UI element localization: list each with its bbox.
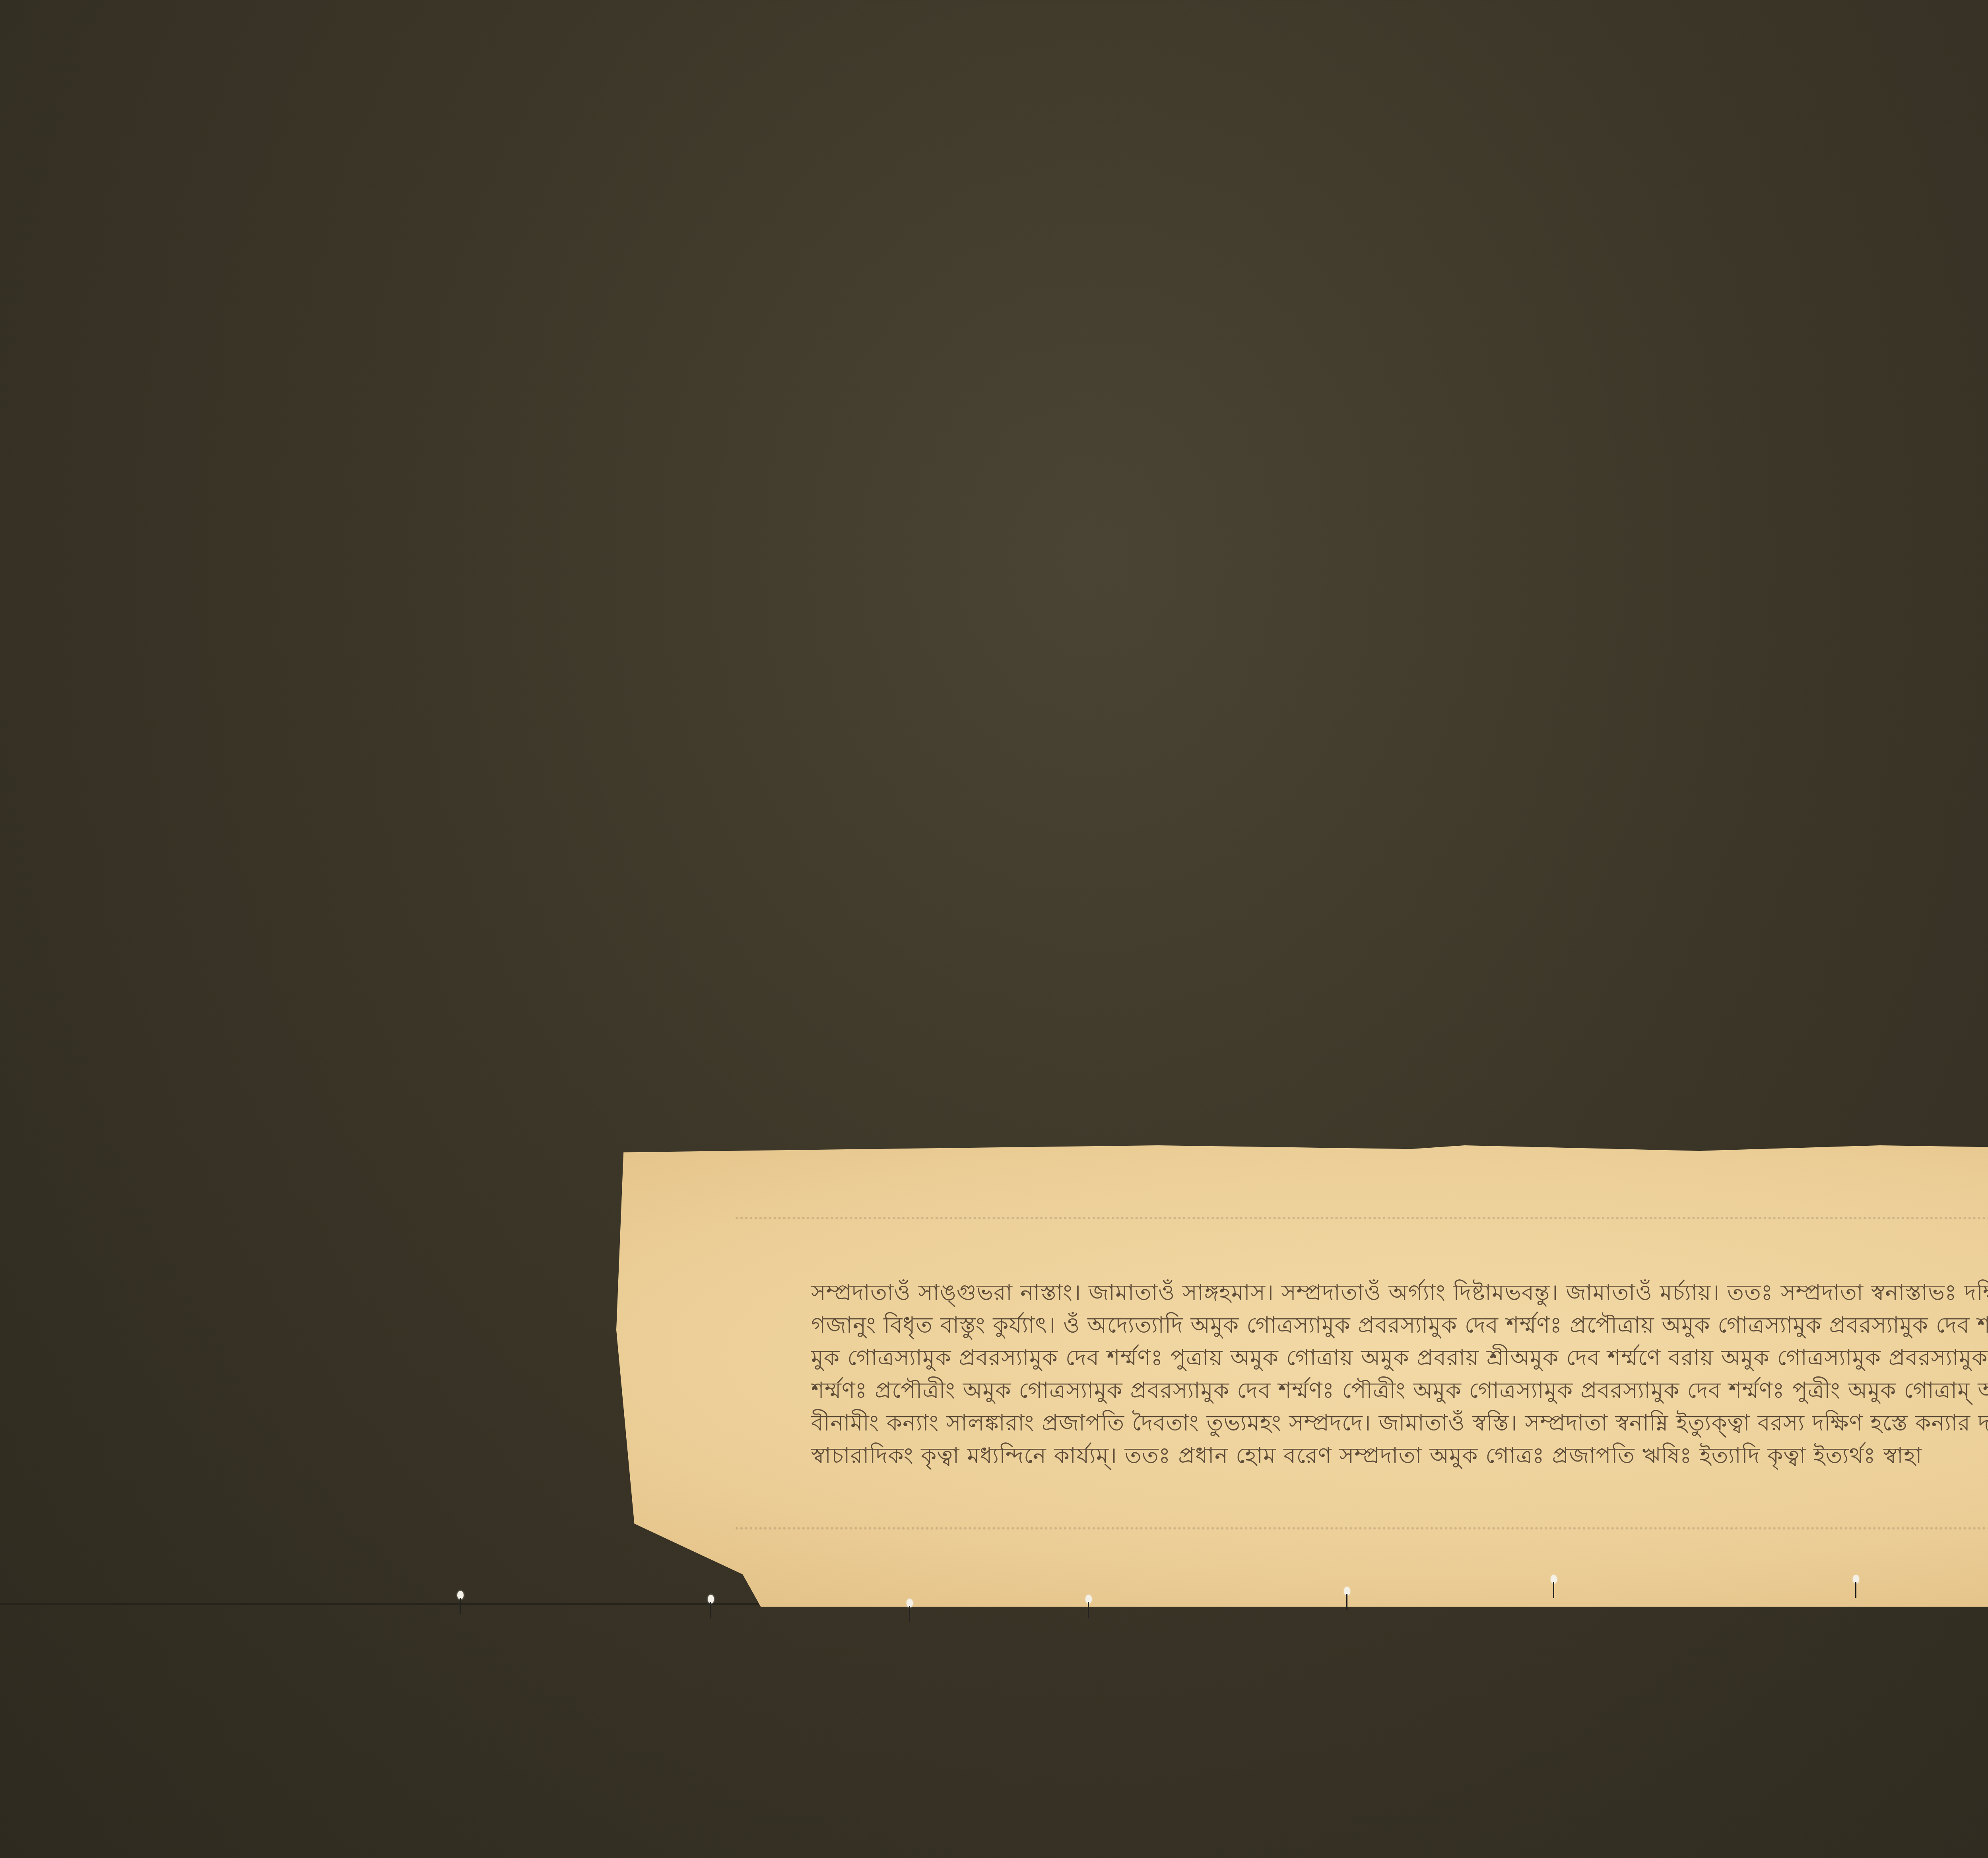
faded-offset-text-bottom xyxy=(736,1527,1988,1545)
pin-icon xyxy=(457,1591,464,1600)
manuscript-folio: সম্প্রদাতাওঁ সাঙ্গুভরা নাস্তাং। জামাতাওঁ… xyxy=(616,1145,1988,1607)
manuscript-line: মুক গোত্রস্যামুক প্রবরস্যামুক দেব শর্ম্ম… xyxy=(811,1342,1988,1374)
manuscript-line: বীনামীং কন্যাং সালঙ্কারাং প্রজাপতি দৈবতা… xyxy=(811,1407,1988,1440)
manuscript-line: সম্প্রদাতাওঁ সাঙ্গুভরা নাস্তাং। জামাতাওঁ… xyxy=(811,1277,1988,1309)
faded-offset-text-top xyxy=(736,1217,1988,1235)
manuscript-text-block: সম্প্রদাতাওঁ সাঙ্গুভরা নাস্তাং। জামাতাওঁ… xyxy=(811,1277,1988,1472)
pin-icon xyxy=(1344,1587,1350,1596)
manuscript-line: শর্ম্মণঃ প্রপৌত্রীং অমুক গোত্রস্যামুক প্… xyxy=(811,1374,1988,1407)
pin-icon xyxy=(1551,1575,1557,1584)
manuscript-line: স্বাচারাদিকং কৃত্বা মধ্যন্দিনে কার্য্যম্… xyxy=(811,1440,1988,1472)
manuscript-line: গজানুং বিধৃত বাস্তুং কুর্য্যাৎ। ওঁ অদ্যে… xyxy=(811,1309,1988,1342)
pin-icon xyxy=(1853,1575,1859,1584)
pin-icon xyxy=(907,1599,913,1607)
pin-icon xyxy=(1085,1595,1092,1603)
pin-icon xyxy=(708,1595,714,1603)
